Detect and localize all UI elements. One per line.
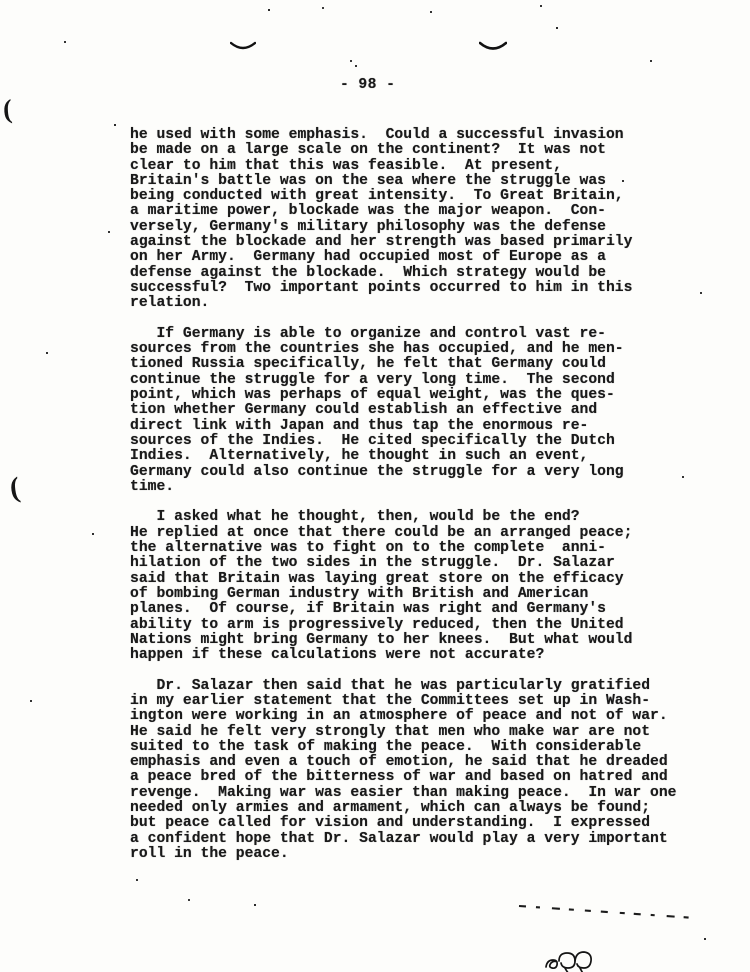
text-line: versely, Germany's military philosophy w… — [130, 220, 710, 235]
text-line: roll in the peace. — [130, 847, 710, 862]
text-line: in my earlier statement that the Committ… — [130, 694, 710, 709]
scan-noise-specks — [268, 9, 270, 11]
text-line: of bombing German industry with British … — [130, 587, 710, 602]
text-line: Germany could also continue the struggle… — [130, 465, 710, 480]
text-line: He replied at once that there could be a… — [130, 526, 710, 541]
text-line: planes. Of course, if Britain was right … — [130, 602, 710, 617]
text-line: he used with some emphasis. Could a succ… — [130, 128, 710, 143]
text-line: ability to arm is progressively reduced,… — [130, 618, 710, 633]
text-line: revenge. Making war was easier than maki… — [130, 786, 710, 801]
text-line: successful? Two important points occurre… — [130, 281, 710, 296]
paragraph: If Germany is able to organize and contr… — [130, 327, 710, 495]
binding-curve-icon — [479, 41, 507, 54]
paragraph: Dr. Salazar then said that he was partic… — [130, 679, 710, 863]
text-line: ington were working in an atmosphere of … — [130, 709, 710, 724]
document-body: he used with some emphasis. Could a succ… — [130, 128, 710, 862]
handwritten-scribble-icon — [544, 948, 592, 972]
dashed-line-mark — [517, 901, 701, 923]
text-line: tion whether Germany could establish an … — [130, 403, 710, 418]
text-line: tioned Russia specifically, he felt that… — [130, 357, 710, 372]
text-line: happen if these calculations were not ac… — [130, 648, 710, 663]
text-line: clear to him that this was feasible. At … — [130, 159, 710, 174]
text-line: be made on a large scale on the continen… — [130, 143, 710, 158]
text-line: Britain's battle was on the sea where th… — [130, 174, 710, 189]
text-line: If Germany is able to organize and contr… — [130, 327, 710, 342]
binding-curve-icon — [230, 41, 256, 53]
text-line: defense against the blockade. Which stra… — [130, 266, 710, 281]
text-line: a maritime power, blockade was the major… — [130, 204, 710, 219]
text-line: but peace called for vision and understa… — [130, 816, 710, 831]
margin-paren-mark: ( — [2, 94, 13, 126]
text-line: time. — [130, 480, 710, 495]
text-line: hilation of the two sides in the struggl… — [130, 556, 710, 571]
text-line: Nations might bring Germany to her knees… — [130, 633, 710, 648]
scanned-document-page: - 98 - ( ( he used with some emphasis. C… — [0, 0, 750, 972]
text-line: suited to the task of making the peace. … — [130, 740, 710, 755]
page-number: - 98 - — [340, 78, 395, 93]
text-line: Dr. Salazar then said that he was partic… — [130, 679, 710, 694]
text-line: continue the struggle for a very long ti… — [130, 373, 710, 388]
text-line: sources of the Indies. He cited specific… — [130, 434, 710, 449]
text-line: He said he felt very strongly that men w… — [130, 725, 710, 740]
paragraph: he used with some emphasis. Could a succ… — [130, 128, 710, 312]
text-line: I asked what he thought, then, would be … — [130, 510, 710, 525]
text-line: relation. — [130, 296, 710, 311]
margin-paren-mark: ( — [8, 471, 22, 505]
text-line: said that Britain was laying great store… — [130, 572, 710, 587]
text-line: Indies. Alternatively, he thought in suc… — [130, 449, 710, 464]
text-line: on her Army. Germany had occupied most o… — [130, 250, 710, 265]
text-line: direct link with Japan and thus tap the … — [130, 419, 710, 434]
paragraph: I asked what he thought, then, would be … — [130, 510, 710, 663]
text-line: a peace bred of the bitterness of war an… — [130, 770, 710, 785]
text-line: a confident hope that Dr. Salazar would … — [130, 832, 710, 847]
